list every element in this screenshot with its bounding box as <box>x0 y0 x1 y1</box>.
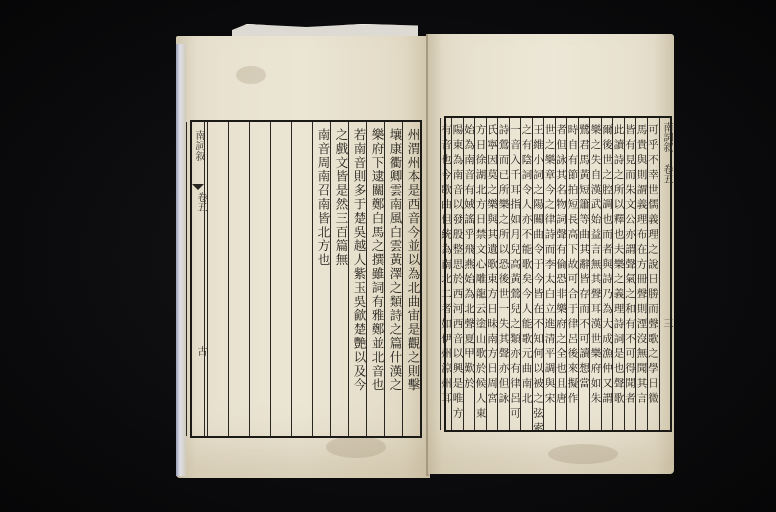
text-column: 若南音則多于楚吳越人紫玉吳歈楚艷以及今 <box>348 122 366 436</box>
text-column: 樂府下逮關鄭白馬之撰雖詞有雅鄭並北音也 <box>366 122 384 436</box>
text-column: 皆有見而朱文公亦謂聲氣之和有不可得聞者 <box>624 118 636 430</box>
left-page: 南詞叙 卷五 古 州渭州本是西音今並以為北曲宙是觀之則擊 壤康衢卿雲南風白雲黃澤… <box>176 36 430 478</box>
fore-edge <box>176 44 186 476</box>
text-column: 鷺君馬黃短簫等曲其辭皆存而不可讀想當 <box>578 118 590 430</box>
open-book: 南詞叙 卷五 古 州渭州本是西音今並以為北曲宙是觀之則擊 壤康衢卿雲南風白雲黃澤… <box>170 30 675 478</box>
empty-ruled-column <box>186 122 207 436</box>
text-column: 氏寧因莫之樂與其遺歌東方日昧南方日周宮 <box>486 118 498 430</box>
left-columns: 州渭州本是西音今並以為北曲宙是觀之則擊 壤康衢卿雲南風白雲黃澤之類詩之篇什漢之 … <box>204 122 420 436</box>
left-text-frame: 南詞叙 卷五 古 州渭州本是西音今並以為北曲宙是觀之則擊 壤康衢卿雲南風白雲黃澤… <box>190 120 422 438</box>
text-column: 此讀詩之所以釋也夫樂之義理詩詞是也聲歌 <box>612 118 624 430</box>
foxing-stain <box>326 436 386 458</box>
banxin-folio-number: 三 <box>661 318 672 328</box>
text-column: 者但詠其名物詞聲有倫恐非樂府之全也且唐 <box>555 118 567 430</box>
empty-ruled-column <box>249 122 270 436</box>
right-page: 南詞叙 卷五 三 可乎不幸世儒義理之說日勝而聲歌之學日微 馬貴與則謂義理布在方冊… <box>428 34 674 474</box>
text-column: 始為南音有娀謠乎飛燕始為北聲夏甲歎於 <box>463 118 475 430</box>
empty-ruled-column <box>207 122 228 436</box>
text-column: 爾後世之腔調也而者與詩乃為大成漁仲又謂 <box>601 118 613 430</box>
text-column: 樂之失自漢武始益言無其聲耳漢世樂府如朱 <box>589 118 601 430</box>
right-text-frame: 南詞叙 卷五 三 可乎不幸世儒義理之說日勝而聲歌之學日微 馬貴與則謂義理布在方冊… <box>444 116 672 432</box>
banxin-center-strip: 南詞叙 卷五 三 <box>659 118 672 430</box>
foxing-stain <box>548 444 618 464</box>
text-column: 壤康衢卿雲南風白雲黃澤之類詩之篇什漢之 <box>384 122 402 436</box>
text-column: 之戲文皆是然三百篇無 <box>330 122 348 436</box>
text-column: 一音入千耳指如月兒高黃鶯兒之類亦有律呂可 <box>509 118 521 430</box>
text-column: 之有陰詞令人亦不能歌矣今人能歌元曲南北 <box>520 118 532 430</box>
empty-ruled-column <box>291 122 312 436</box>
text-column: 有音也今歌曲但統為南北二者如伊州涼州耳 <box>440 118 452 430</box>
text-column: 馬貴與則謂義理布在方冊聲則湮沒無聞其言 <box>635 118 647 430</box>
right-columns: 可乎不幸世儒義理之說日勝而聲歌之學日微 馬貴與則謂義理布在方冊聲則湮沒無聞其言 … <box>446 118 658 430</box>
text-column: 詩鶯而已所樂之所以恐後世一失其聲亦但詠 <box>497 118 509 430</box>
text-column: 世之樂章今之律詩而李太白立進清平調與宋 <box>543 118 555 430</box>
text-column: 可乎不幸世儒義理之說日勝而聲歌之學日微 <box>647 118 659 430</box>
banxin-title: 南詞叙 <box>661 122 672 152</box>
foxing-stain <box>236 66 266 84</box>
text-column: 南音周南召南皆北方也 <box>312 122 330 436</box>
empty-ruled-column <box>270 122 291 436</box>
text-column: 方日徐湖北方日禁文心雕龍云塗山歌於候人東 <box>474 118 486 430</box>
text-column: 王維小詞之陽關曲令于今皆在不知何以被之弦索 <box>532 118 544 430</box>
text-column: 陽東為南音以發殷整思於西河西音以興是唯方 <box>451 118 463 430</box>
empty-ruled-column <box>228 122 249 436</box>
text-column: 州渭州本是西音今並以為北曲宙是觀之則擊 <box>402 122 420 436</box>
text-column: 時自有節拍短長高下故可合于律呂後來擬作 <box>566 118 578 430</box>
banxin-juan: 卷五 <box>661 164 672 184</box>
